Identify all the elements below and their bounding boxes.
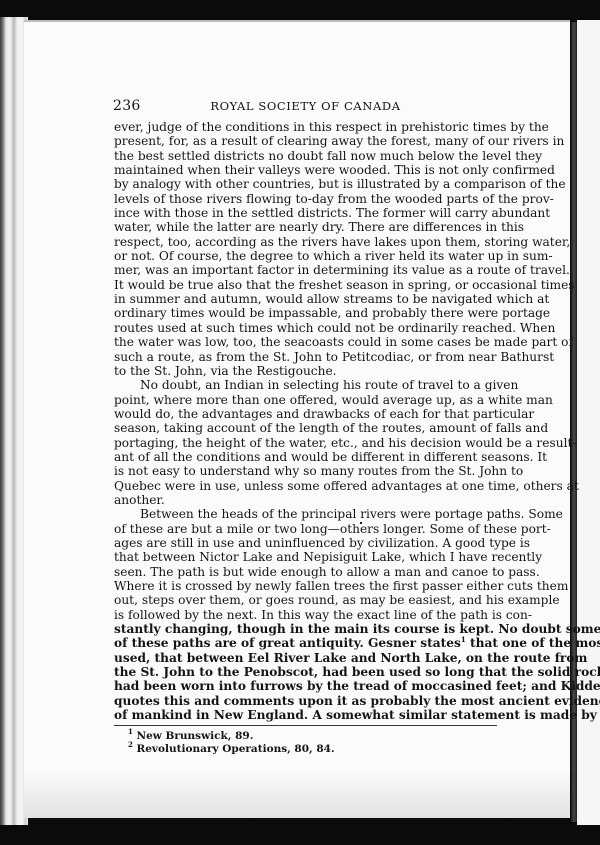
body-text: ever, judge of the conditions in this re… <box>114 120 497 722</box>
body-line: seen. The path is but wide enough to all… <box>114 565 497 579</box>
body-line: the St. John to the Penobscot, had been … <box>114 665 497 679</box>
body-line: Quebec were in use, unless some offered … <box>114 479 497 493</box>
body-line: present, for, as a result of clearing aw… <box>114 134 497 148</box>
body-line: in summer and autumn, would allow stream… <box>114 292 497 306</box>
body-line: ages are still in use and uninfluenced b… <box>114 536 497 550</box>
body-line: stantly changing, though in the main its… <box>114 622 497 636</box>
body-line: routes used at such times which could no… <box>114 321 497 335</box>
body-line: season, taking account of the length of … <box>114 421 497 435</box>
body-line: would do, the advantages and drawbacks o… <box>114 407 497 421</box>
body-line: quotes this and comments upon it as prob… <box>114 694 497 708</box>
body-line: the best settled districts no doubt fall… <box>114 149 497 163</box>
footnote-text: New Brunswick, 89. <box>133 730 254 742</box>
body-line: levels of those rivers flowing to-day fr… <box>114 192 497 206</box>
body-line: of these paths are of great antiquity. G… <box>114 636 497 650</box>
body-line: Where it is crossed by newly fallen tree… <box>114 579 497 593</box>
page-text-block: 236 ROYAL SOCIETY OF CANADA ever, judge … <box>114 98 497 756</box>
body-line: ince with those in the settled districts… <box>114 206 497 220</box>
body-line: such a route, as from the St. John to Pe… <box>114 350 497 364</box>
body-line: had been worn into furrows by the tread … <box>114 679 497 693</box>
body-line: is not easy to understand why so many ro… <box>114 464 497 478</box>
body-line: out, steps over them, or goes round, as … <box>114 593 497 607</box>
body-line: water, while the latter are nearly dry. … <box>114 220 497 234</box>
body-line: portaging, the height of the water, etc.… <box>114 436 497 450</box>
footnote: 2 Revolutionary Operations, 80, 84. <box>114 743 497 756</box>
page-bottom-shadow <box>24 770 570 818</box>
body-line: of these are but a mile or two long—othe… <box>114 522 497 536</box>
body-line: It would be true also that the freshet s… <box>114 278 497 292</box>
running-head-title: ROYAL SOCIETY OF CANADA <box>114 99 497 113</box>
body-line: No doubt, an Indian in selecting his rou… <box>114 378 497 392</box>
footnotes: 1 New Brunswick, 89.2 Revolutionary Oper… <box>114 730 497 756</box>
body-line: the water was low, too, the seacoasts co… <box>114 335 497 349</box>
body-line: ant of all the conditions and would be d… <box>114 450 497 464</box>
body-line: of mankind in New England. A somewhat si… <box>114 708 497 722</box>
body-line: ever, judge of the conditions in this re… <box>114 120 497 134</box>
footnote-marker: 1 <box>461 635 466 644</box>
body-line: or not. Of course, the degree to which a… <box>114 249 497 263</box>
body-line: is followed by the next. In this way the… <box>114 608 497 622</box>
body-line: Between the heads of the principal river… <box>114 507 497 521</box>
body-line: by analogy with other countries, but is … <box>114 177 497 191</box>
body-line: another. <box>114 493 497 507</box>
body-line: maintained when their valleys were woode… <box>114 163 497 177</box>
body-line: to the St. John, via the Restigouche. <box>114 364 497 378</box>
footnote: 1 New Brunswick, 89. <box>114 730 497 743</box>
body-line: ordinary times would be impassable, and … <box>114 306 497 320</box>
body-line: that between Nictor Lake and Nepisiguit … <box>114 550 497 564</box>
running-head: 236 ROYAL SOCIETY OF CANADA <box>114 98 497 120</box>
footnote-text: Revolutionary Operations, 80, 84. <box>133 743 335 755</box>
footnote-rule <box>114 725 497 726</box>
body-line: mer, was an important factor in determin… <box>114 263 497 277</box>
body-line: used, that between Eel River Lake and No… <box>114 651 497 665</box>
body-line: respect, too, according as the rivers ha… <box>114 235 497 249</box>
body-line: point, where more than one offered, woul… <box>114 393 497 407</box>
